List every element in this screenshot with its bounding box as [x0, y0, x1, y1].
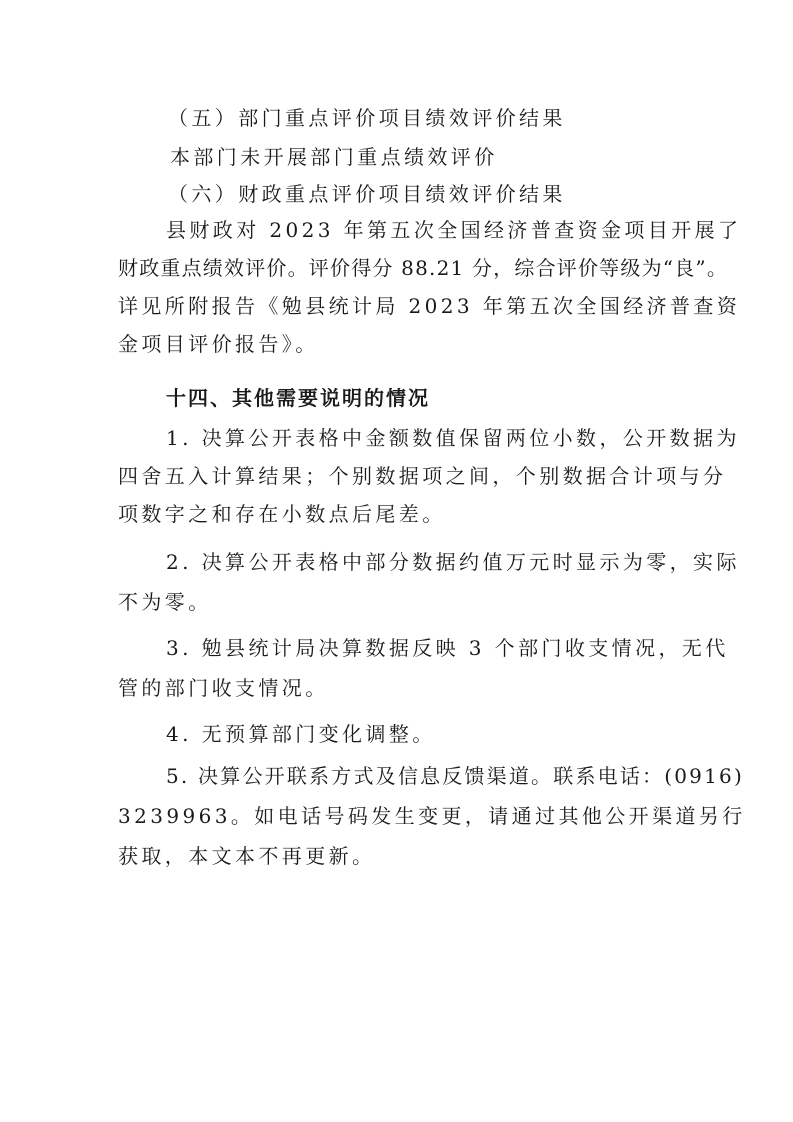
note-4-line-1: 4. 无预算部门变化调整。 — [166, 722, 436, 746]
note-5-line-1: 5. 决算公开联系方式及信息反馈渠道。联系电话：(0916) — [166, 764, 744, 788]
section5-body: 本部门未开展部门重点绩效评价 — [170, 145, 498, 169]
note-1-line-3: 项数字之和存在小数点后尾差。 — [118, 502, 446, 526]
note-2-line-1: 2. 决算公开表格中部分数据约值万元时显示为零，实际 — [166, 550, 740, 574]
note-5-line-3: 获取，本文本不再更新。 — [118, 844, 375, 868]
note-3-line-2: 管的部门收支情况。 — [118, 676, 329, 700]
section5-heading: （五）部门重点评价项目绩效评价结果 — [168, 106, 566, 130]
note-3-line-1: 3. 勉县统计局决算数据反映 3 个部门收支情况，无代 — [166, 636, 729, 660]
section14-heading: 十四、其他需要说明的情况 — [166, 386, 430, 410]
note-1-line-1: 1. 决算公开表格中金额数值保留两位小数，公开数据为 — [166, 426, 740, 450]
note-1-line-2: 四舍五入计算结果；个别数据项之间，个别数据合计项与分 — [118, 464, 726, 488]
section6-heading: （六）财政重点评价项目绩效评价结果 — [168, 182, 566, 206]
note-2-line-2: 不为零。 — [118, 590, 212, 614]
note-5-line-2: 3239963。如电话号码发生变更，请通过其他公开渠道另行 — [118, 804, 746, 828]
section6-line-3: 详见所附报告《勉县统计局 2023 年第五次全国经济普查资 — [118, 294, 740, 318]
section6-line-1: 县财政对 2023 年第五次全国经济普查资金项目开展了 — [166, 218, 741, 242]
section6-line-2: 财政重点绩效评价。评价得分 88.21 分，综合评价等级为“良”。 — [118, 256, 728, 280]
section6-line-4: 金项目评价报告》。 — [118, 332, 319, 356]
